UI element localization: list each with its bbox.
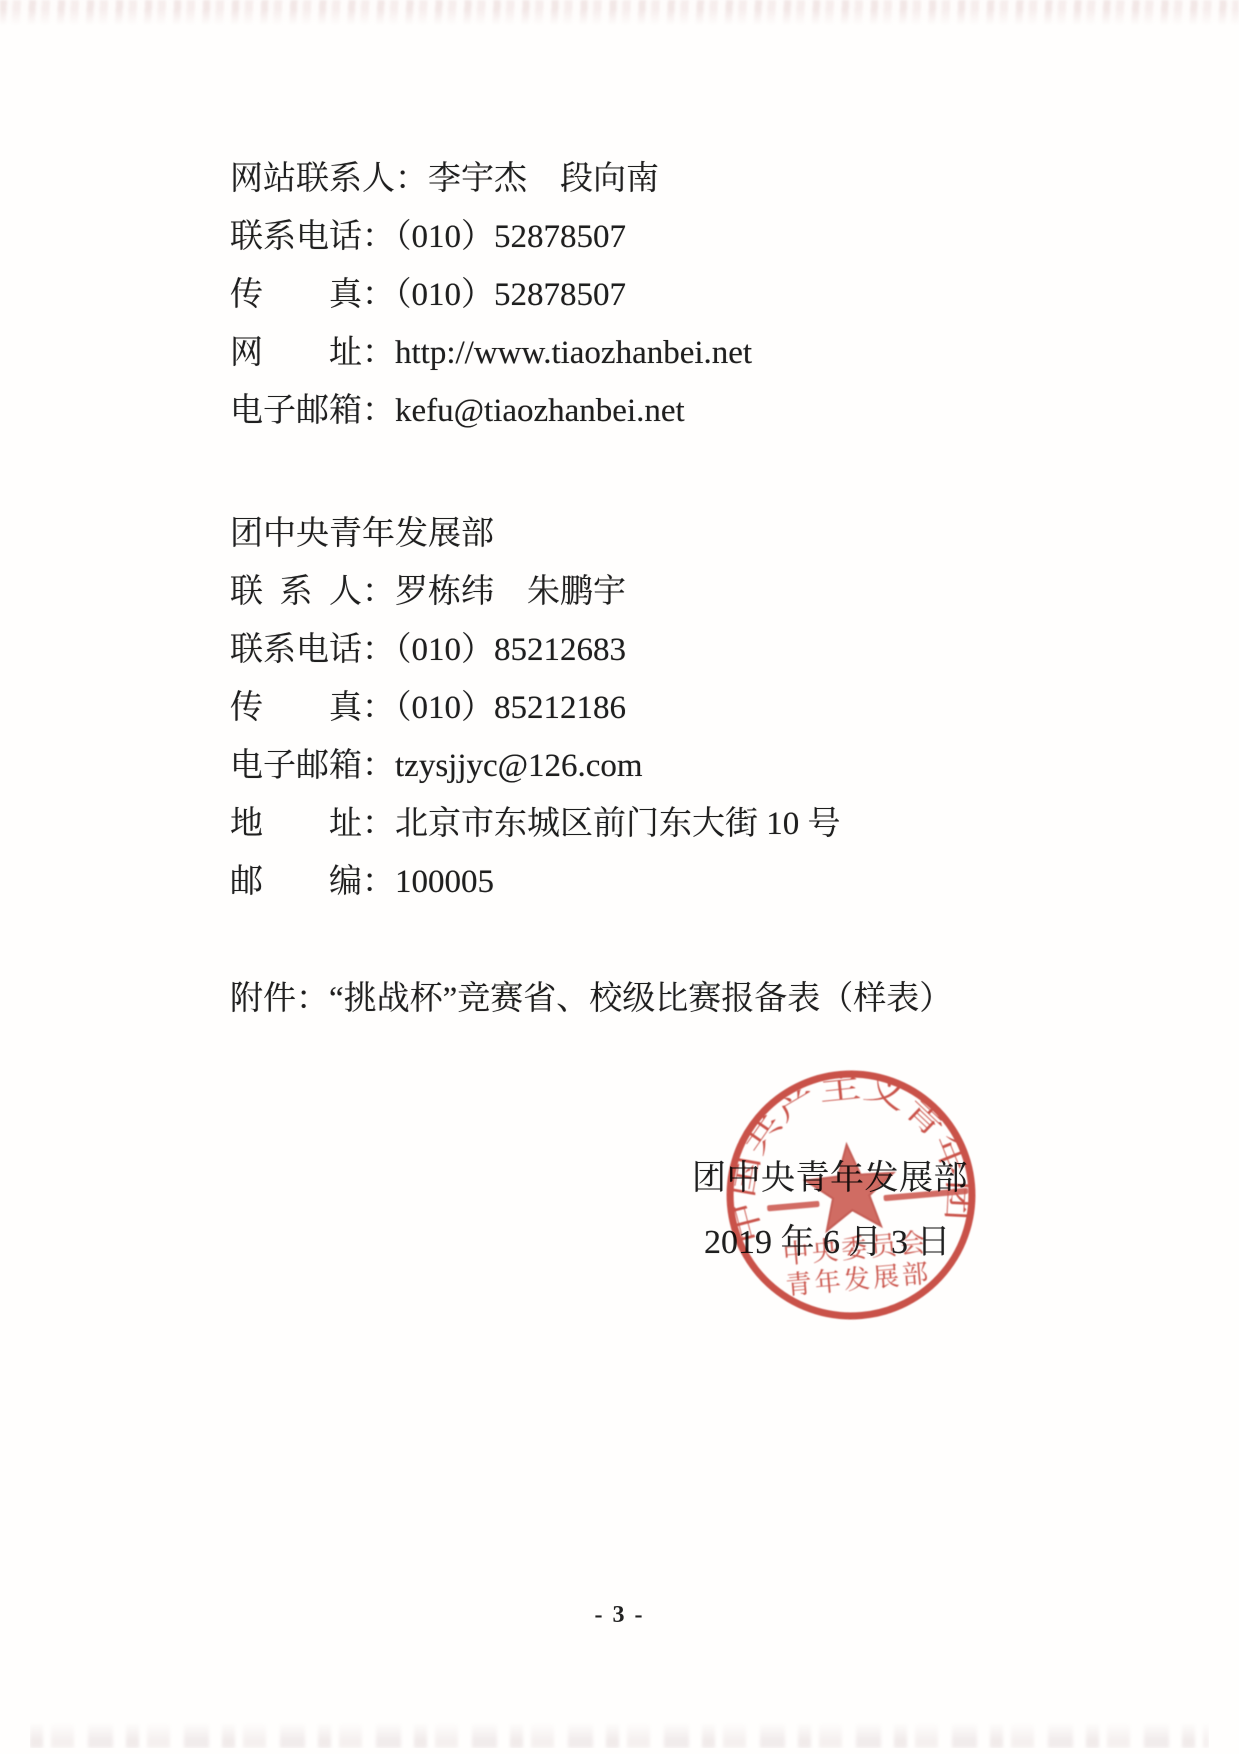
department-contact-block: 团中央青年发展部 联 系 人：罗栋纬 朱鹏宇 联系电话：（010）8521268… (230, 505, 952, 911)
field-value: （010）52878507 (395, 277, 626, 313)
field-label: 传 真： (230, 690, 395, 726)
field-label: 网 址： (230, 335, 395, 371)
contact-line: 网 址：http://www.tiaozhanbei.net (230, 324, 952, 382)
field-value: （010）85212186 (395, 690, 626, 726)
contact-line: 网站联系人：李宇杰 段向南 (230, 150, 952, 208)
document-body: 网站联系人：李宇杰 段向南 联系电话：（010）52878507 传 真：（01… (230, 150, 952, 1028)
field-value: （010）52878507 (395, 219, 626, 255)
contact-line: 联系电话：（010）52878507 (230, 208, 952, 266)
attachment-line: 附件：“挑战杯”竞赛省、校级比赛报备表（样表） (230, 970, 952, 1028)
field-label: 联系电话： (230, 632, 395, 668)
field-label: 电子邮箱： (230, 748, 395, 784)
contact-line: 传 真：（010）52878507 (230, 266, 952, 324)
website-contact-block: 网站联系人：李宇杰 段向南 联系电话：（010）52878507 传 真：（01… (230, 150, 952, 440)
field-label: 联系电话： (230, 219, 395, 255)
stamp-left-bar (767, 1201, 820, 1212)
field-label: 传 真： (230, 277, 395, 313)
contact-line: 电子邮箱：kefu@tiaozhanbei.net (230, 382, 952, 440)
attachment-section: 附件：“挑战杯”竞赛省、校级比赛报备表（样表） (230, 970, 952, 1028)
scan-edge-artifact-top (0, 0, 1239, 26)
official-seal-stamp: 中国共产主义青年团 中央委员会 青年发展部 (709, 1053, 993, 1337)
field-label: 地 址： (230, 806, 395, 842)
attachment-value: “挑战杯”竞赛省、校级比赛报备表（样表） (329, 981, 952, 1017)
field-value: 李宇杰 段向南 (428, 161, 659, 197)
field-value: http://www.tiaozhanbei.net (395, 335, 752, 371)
scanned-document-page: 网站联系人：李宇杰 段向南 联系电话：（010）52878507 传 真：（01… (0, 0, 1239, 1754)
attachment-label: 附件： (230, 981, 329, 1017)
stamp-star-icon (803, 1141, 898, 1232)
field-value: kefu@tiaozhanbei.net (395, 393, 685, 429)
field-label: 电子邮箱： (230, 393, 395, 429)
field-value: 100005 (395, 864, 494, 900)
contact-line: 电子邮箱：tzysjjyc@126.com (230, 737, 952, 795)
field-value: （010）85212683 (395, 632, 626, 668)
field-label: 邮 编： (230, 864, 395, 900)
page-number: - 3 - (0, 1602, 1239, 1629)
contact-line: 联 系 人：罗栋纬 朱鹏宇 (230, 563, 952, 621)
contact-line: 传 真：（010）85212186 (230, 679, 952, 737)
field-value: 罗栋纬 朱鹏宇 (395, 574, 626, 610)
scan-bleedthrough-artifact-bottom (30, 1722, 1209, 1748)
field-value: 北京市东城区前门东大街 10 号 (395, 806, 841, 842)
contact-line: 邮 编：100005 (230, 853, 952, 911)
department-heading: 团中央青年发展部 (230, 505, 952, 563)
contact-line: 地 址：北京市东城区前门东大街 10 号 (230, 795, 952, 853)
contact-line: 联系电话：（010）85212683 (230, 621, 952, 679)
field-label: 联 系 人： (230, 574, 395, 610)
field-value: tzysjjyc@126.com (395, 748, 643, 784)
field-label: 网站联系人： (230, 161, 428, 197)
